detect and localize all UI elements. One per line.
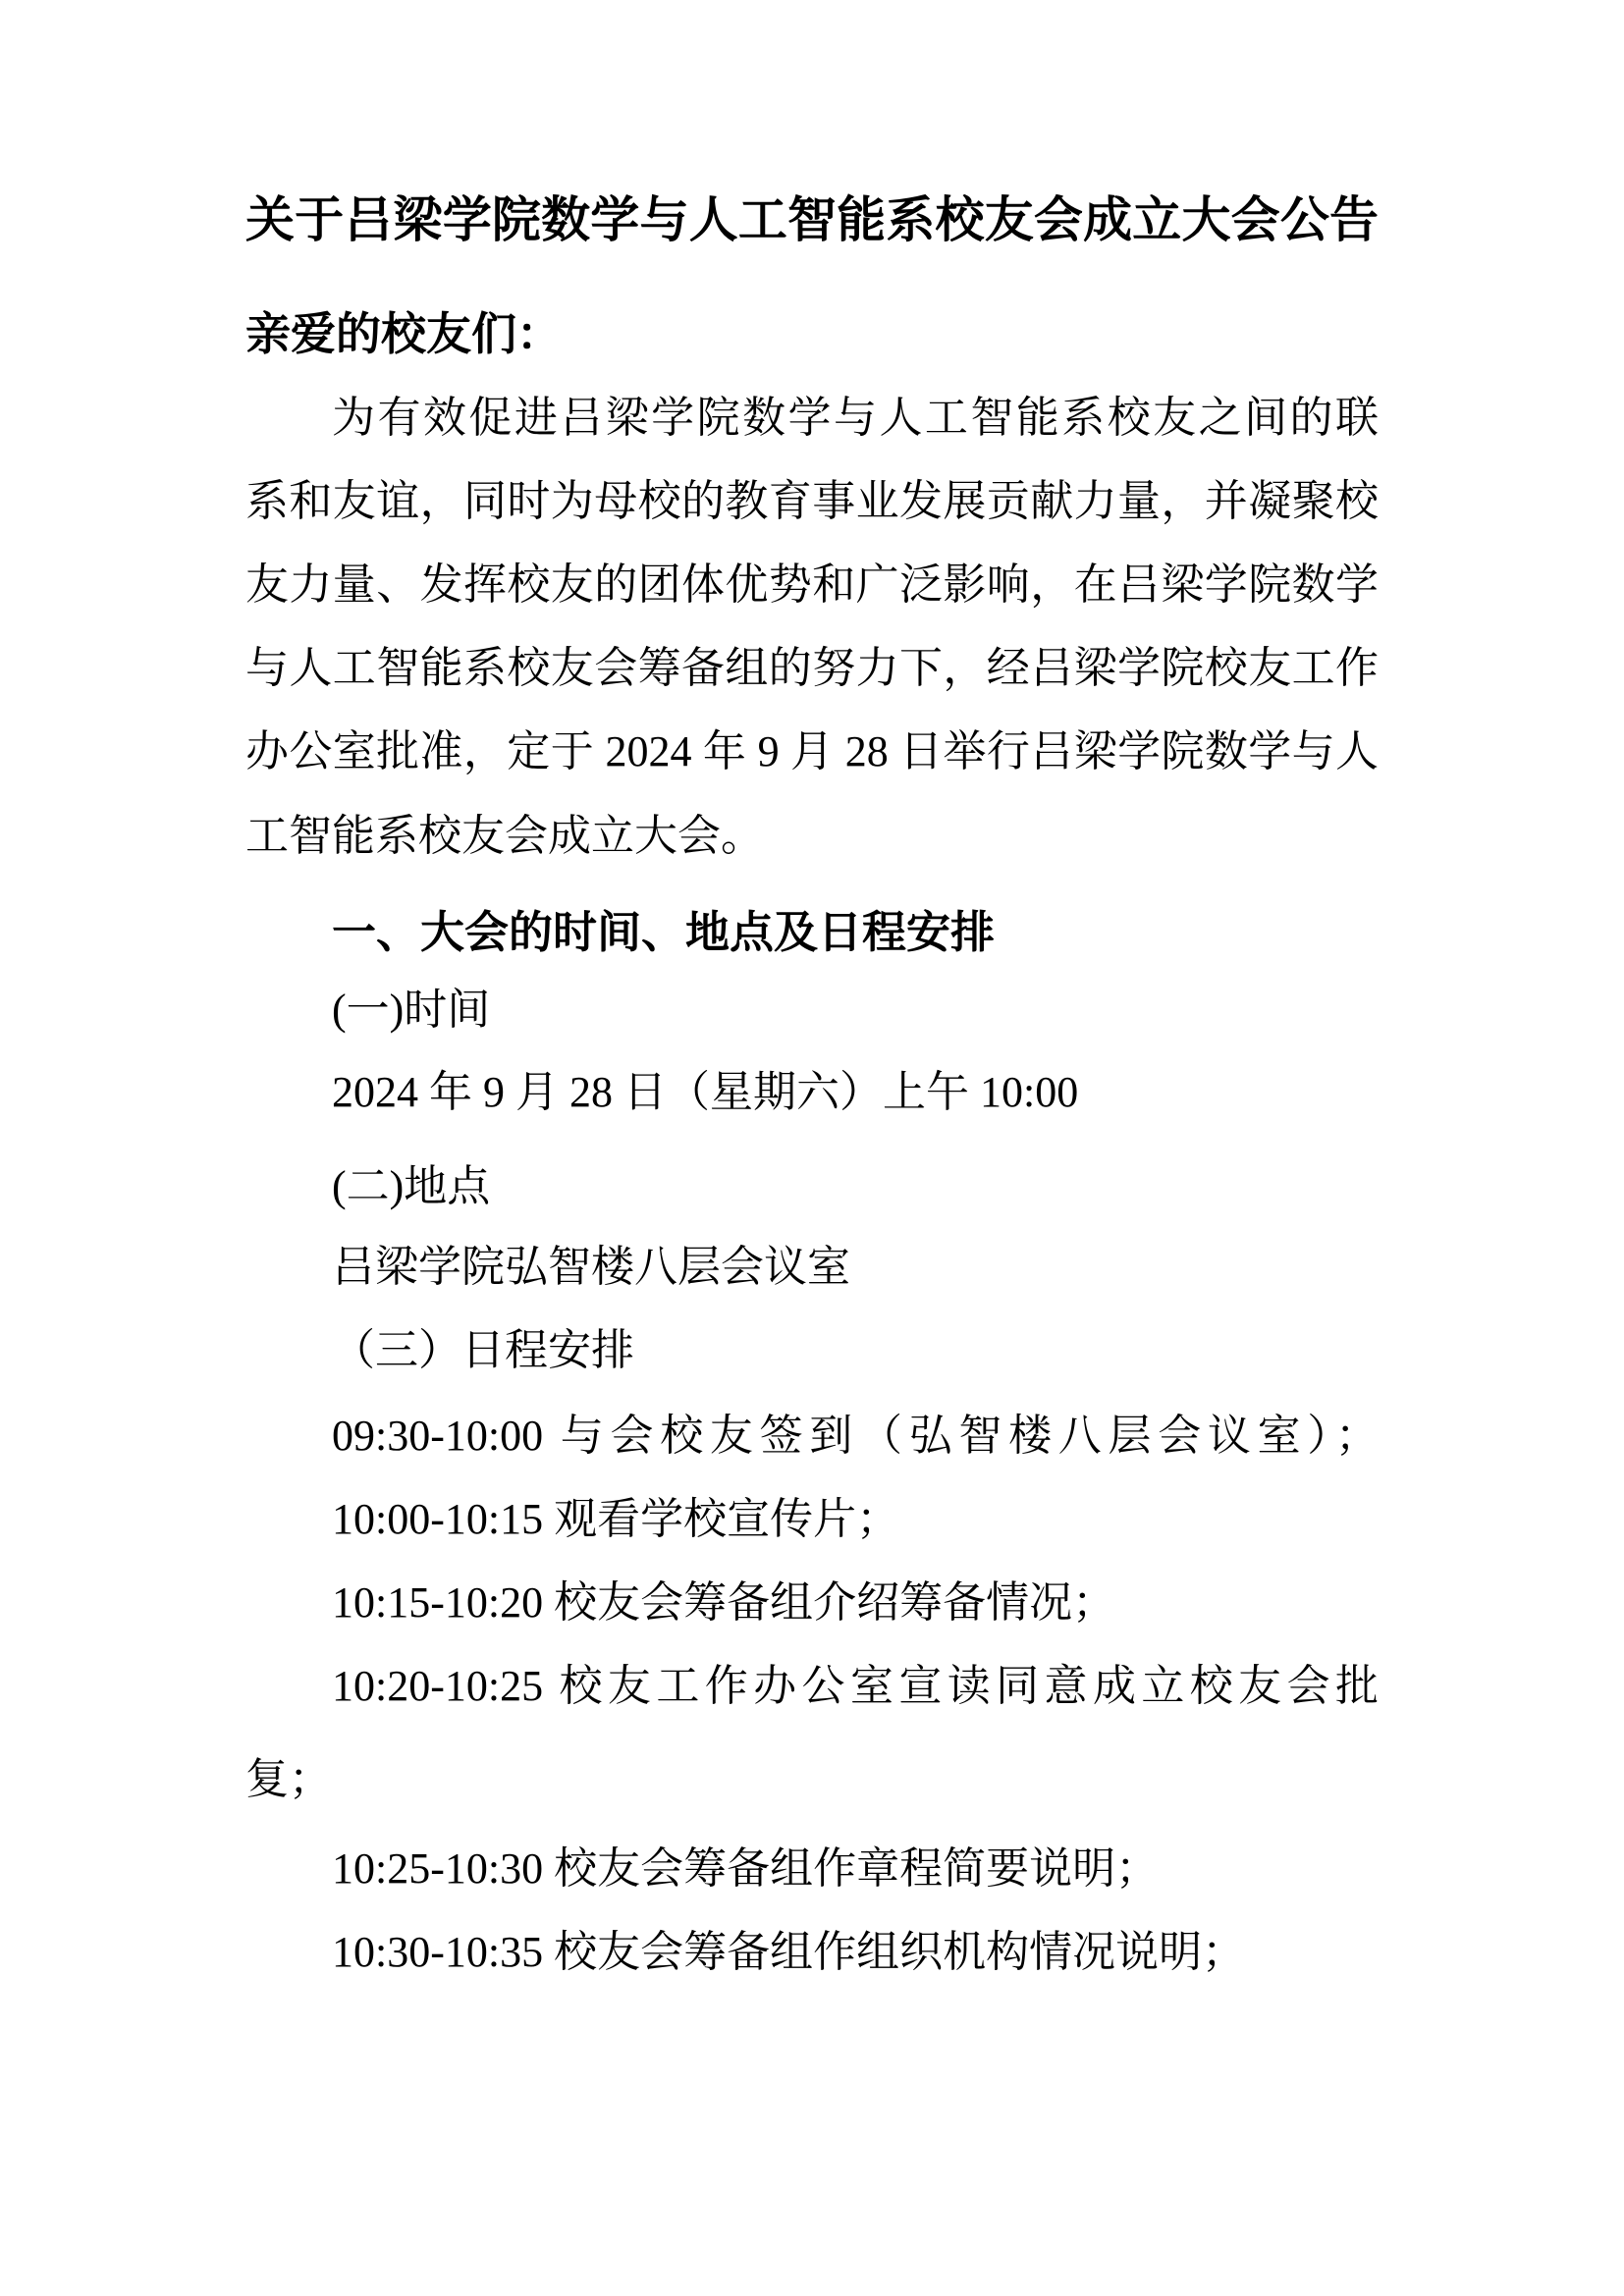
agenda-line: 10:15-10:20 校友会筹备组介绍筹备情况； <box>245 1577 1379 1629</box>
intro-line: 办公室批准，定于 2024 年 9 月 28 日举行吕梁学院数学与人 <box>245 726 1379 778</box>
salutation: 亲爱的校友们： <box>245 307 1379 361</box>
intro-line: 系和友谊，同时为母校的教育事业发展贡献力量，并凝聚校 <box>245 476 1379 528</box>
time-label: (一)时间 <box>245 985 1379 1037</box>
agenda-line-wrap: 复； <box>245 1754 1379 1806</box>
time-value: 2024 年 9 月 28 日（星期六）上午 10:00 <box>245 1067 1379 1119</box>
document-page: 关于吕梁学院数学与人工智能系校友会成立大会公告 亲爱的校友们： 为有效促进吕梁学… <box>0 0 1624 2296</box>
intro-line: 友力量、发挥校友的团体优势和广泛影响，在吕梁学院数学 <box>245 560 1379 612</box>
place-value: 吕梁学院弘智楼八层会议室 <box>245 1242 1379 1294</box>
agenda-label: （三）日程安排 <box>245 1325 1379 1377</box>
place-label: (二)地点 <box>245 1161 1379 1213</box>
agenda-line: 10:20-10:25 校友工作办公室宣读同意成立校友会批 <box>245 1661 1379 1713</box>
intro-line: 为有效促进吕梁学院数学与人工智能系校友之间的联 <box>245 393 1379 445</box>
intro-line: 工智能系校友会成立大会。 <box>245 811 1379 863</box>
document-title: 关于吕梁学院数学与人工智能系校友会成立大会公告 <box>245 190 1379 249</box>
agenda-line: 10:25-10:30 校友会筹备组作章程简要说明； <box>245 1843 1379 1896</box>
agenda-line: 10:00-10:15 观看学校宣传片； <box>245 1494 1379 1546</box>
intro-line: 与人工智能系校友会筹备组的努力下，经吕梁学院校友工作 <box>245 643 1379 695</box>
agenda-line: 09:30-10:00 与会校友签到（弘智楼八层会议室）； <box>245 1411 1379 1463</box>
agenda-line: 10:30-10:35 校友会筹备组作组织机构情况说明； <box>245 1927 1379 1979</box>
section-heading: 一、大会的时间、地点及日程安排 <box>245 906 1379 959</box>
